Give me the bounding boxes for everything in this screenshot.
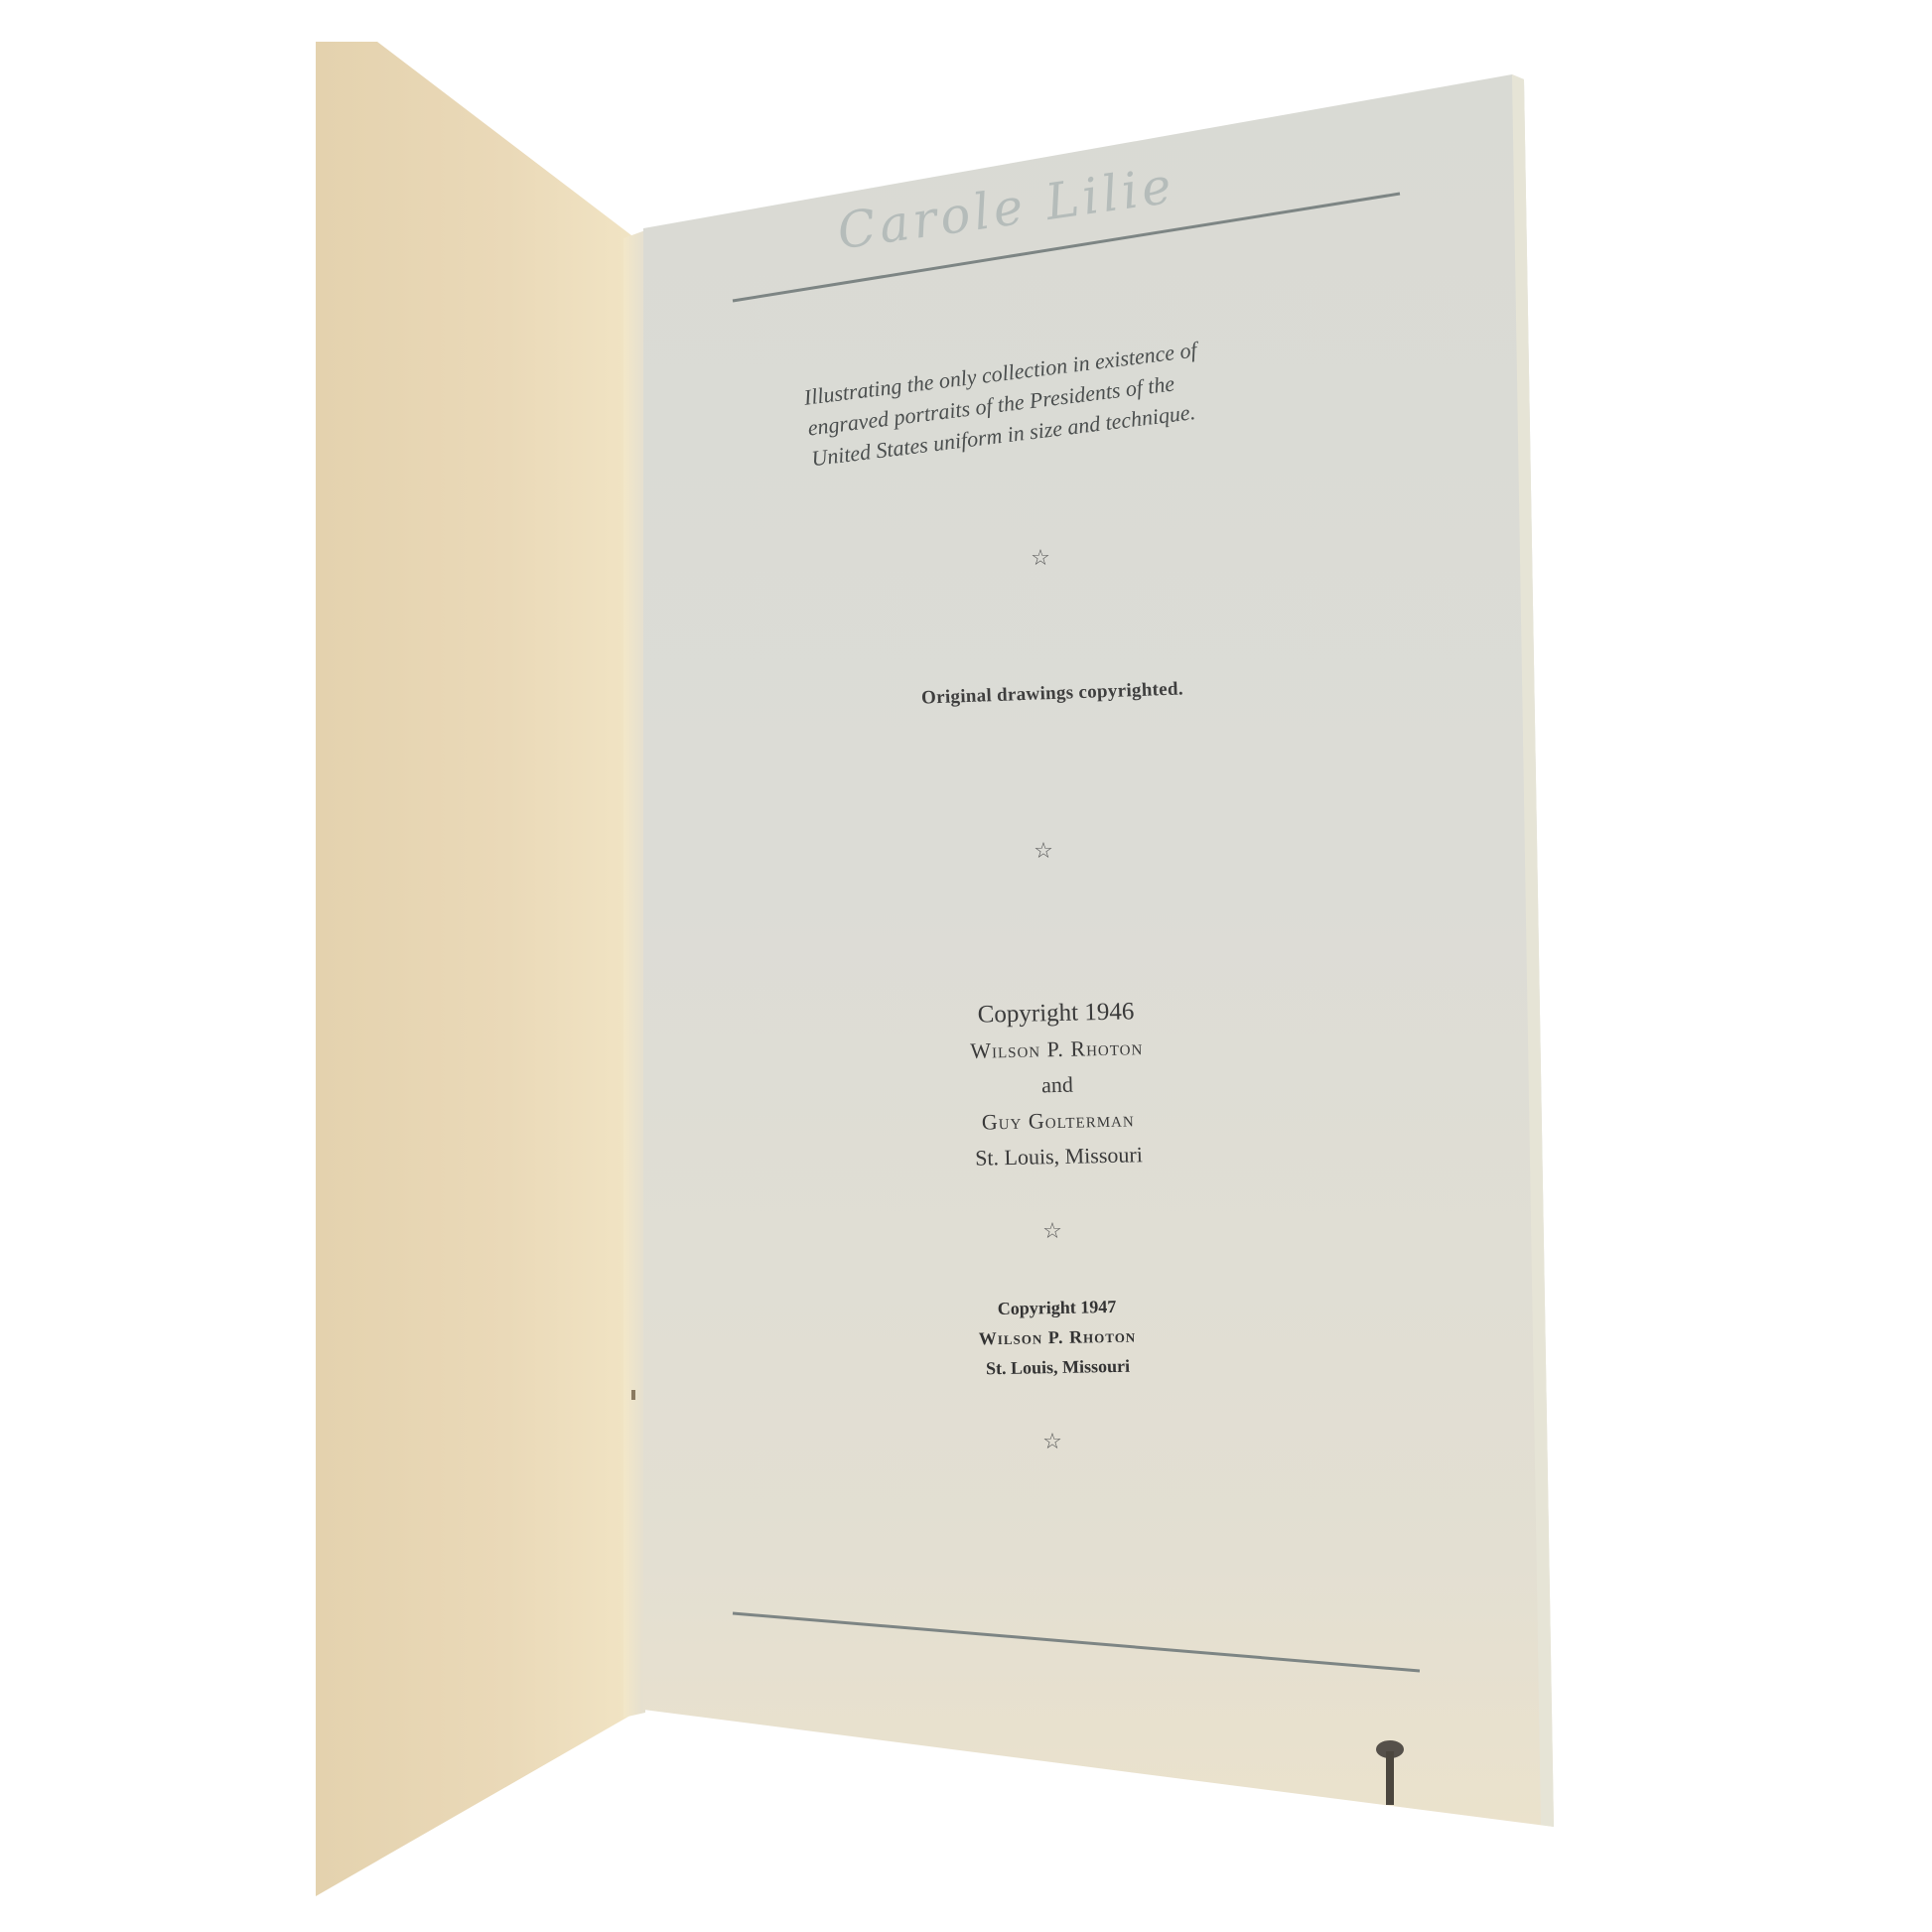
open-book [0, 0, 1932, 1932]
book-photo: Carole Lilie Illustrating the only colle… [0, 0, 1932, 1932]
page-mark [631, 1390, 635, 1400]
right-page [643, 74, 1554, 1827]
left-page [316, 42, 635, 1896]
gutter [623, 230, 645, 1718]
